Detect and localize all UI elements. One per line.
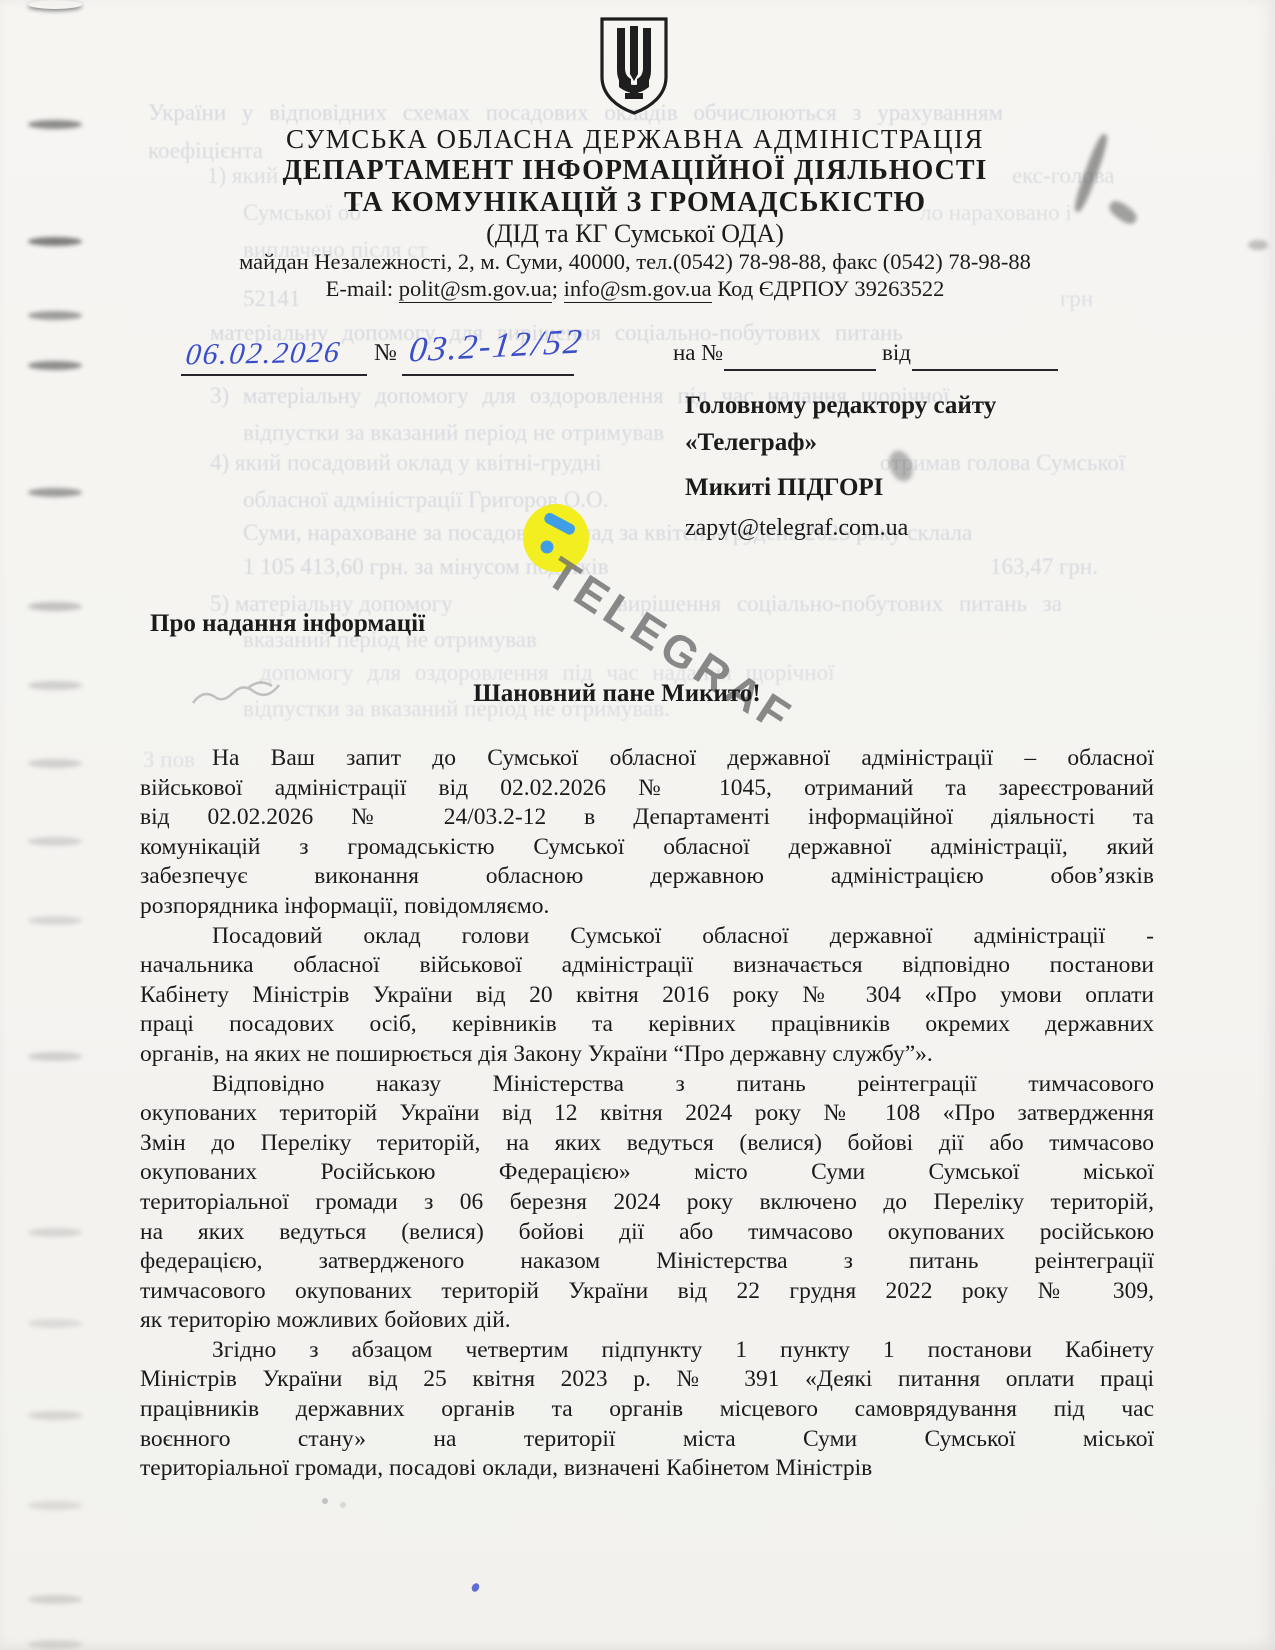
body-line: комунікацій з громадськістю Сумської обл… [140, 833, 1154, 863]
scanned-letter-page: України у відповідних схемах посадових о… [0, 0, 1275, 1650]
body-line: Міністрів України від 25 квітня 2023 р. … [140, 1365, 1154, 1395]
handwritten-outgoing-date: 06.02.2026 [184, 336, 344, 373]
body-line: Кабінету Міністрів України від 20 квітня… [140, 981, 1154, 1011]
body-line: військової адміністрації від 02.02.2026 … [140, 774, 1154, 804]
org-address: майдан Незалежності, 2, м. Суми, 40000, … [0, 249, 1270, 275]
body-line: органів, на яких не поширюється дія Зако… [140, 1040, 1154, 1070]
scan-artifact-dots [322, 1498, 328, 1504]
recipient-title: Головному редактору сайту [685, 392, 996, 420]
body-line: праці посадових осіб, керівників та кері… [140, 1010, 1154, 1040]
body-line: федерацією, затвердженого наказом Мініст… [140, 1247, 1154, 1277]
recipient-name: Микиті ПІДГОРІ [685, 474, 883, 502]
email-label: E-mail: [326, 276, 399, 301]
org-abbreviation: (ДІД та КГ Сумської ОДА) [0, 219, 1270, 249]
org-email-2: info@sm.gov.ua [564, 276, 712, 303]
body-line: територіальної громади з 06 березня 2024… [140, 1188, 1154, 1218]
salutation: Шановний пане Микито! [0, 680, 1234, 708]
body-line: забезпечує виконання обласною державною … [140, 862, 1154, 892]
body-line: територіальної громади, посадові оклади,… [140, 1454, 1154, 1484]
body-line: Згідно з абзацом четвертим підпункту 1 п… [140, 1336, 1154, 1366]
bleedthrough-text: відпустки за вказаний період не отримува… [243, 420, 664, 446]
recipient-email: zapyt@telegraf.com.ua [685, 515, 908, 542]
body-line: На Ваш запит до Сумської обласної держав… [140, 744, 1154, 774]
body-line: розпорядника інформації, повідомляємо. [140, 892, 1154, 922]
number-underline [402, 374, 574, 376]
org-name-line1: СУМСЬКА ОБЛАСНА ДЕРЖАВНА АДМІНІСТРАЦІЯ [0, 124, 1270, 155]
number-sign: № [374, 340, 397, 367]
edrpou-code: Код ЄДРПОУ 39263522 [712, 276, 945, 301]
vid-label: від [882, 340, 911, 366]
bleedthrough-text: України у відповідних схемах посадових о… [148, 100, 1003, 126]
na-no-label: на № [673, 340, 723, 366]
body-line: тимчасового окупованих територій України… [140, 1277, 1154, 1307]
body-line: начальника обласної військової адміністр… [140, 951, 1154, 981]
body-line: окупованих територій України від 12 квіт… [140, 1099, 1154, 1129]
scan-artifact-edge-smudges [28, 0, 82, 9]
bleedthrough-text: вирішення соціально-побутових питань за [617, 591, 1062, 617]
body-line: окупованих Російською Федерацією» місто … [140, 1158, 1154, 1188]
org-name-line2: ДЕПАРТАМЕНТ ІНФОРМАЦІЙНОЇ ДІЯЛЬНОСТІ [0, 155, 1270, 187]
body-line: від 02.02.2026 № 24/03.2-12 в Департамен… [140, 803, 1154, 833]
body-line: на яких ведуться (велися) бойові дії або… [140, 1218, 1154, 1248]
body-line: працівників державних органів та органів… [140, 1395, 1154, 1425]
body: На Ваш запит до Сумської обласної держав… [140, 744, 1154, 1484]
vid-underline [912, 369, 1058, 371]
date-underline [181, 374, 367, 376]
bleedthrough-text: отримав голова Сумської [880, 450, 1125, 476]
subject-line: Про надання інформації [150, 610, 425, 638]
body-line: Змін до Переліку територій, на яких веду… [140, 1129, 1154, 1159]
bleedthrough-text: 4) який посадовий оклад у квітні-грудні [210, 450, 602, 476]
body-line: Відповідно наказу Міністерства з питань … [140, 1070, 1154, 1100]
org-email-1: polit@sm.gov.ua [399, 276, 552, 303]
recipient-organization: «Телеграф» [685, 429, 817, 457]
na-no-underline [724, 369, 876, 371]
body-line: воєнного стану» на території міста Суми … [140, 1425, 1154, 1455]
bleedthrough-text: 163,47 грн. [990, 554, 1098, 580]
body-line: Посадовий оклад голови Сумської обласної… [140, 922, 1154, 952]
coat-of-arms-trident-icon [595, 16, 673, 116]
body-line: як територію можливих бойових дій. [140, 1306, 1154, 1336]
org-contacts: E-mail: polit@sm.gov.ua; info@sm.gov.ua … [0, 276, 1270, 302]
org-name-line3: ТА КОМУНІКАЦІЙ З ГРОМАДСЬКІСТЮ [0, 187, 1270, 219]
